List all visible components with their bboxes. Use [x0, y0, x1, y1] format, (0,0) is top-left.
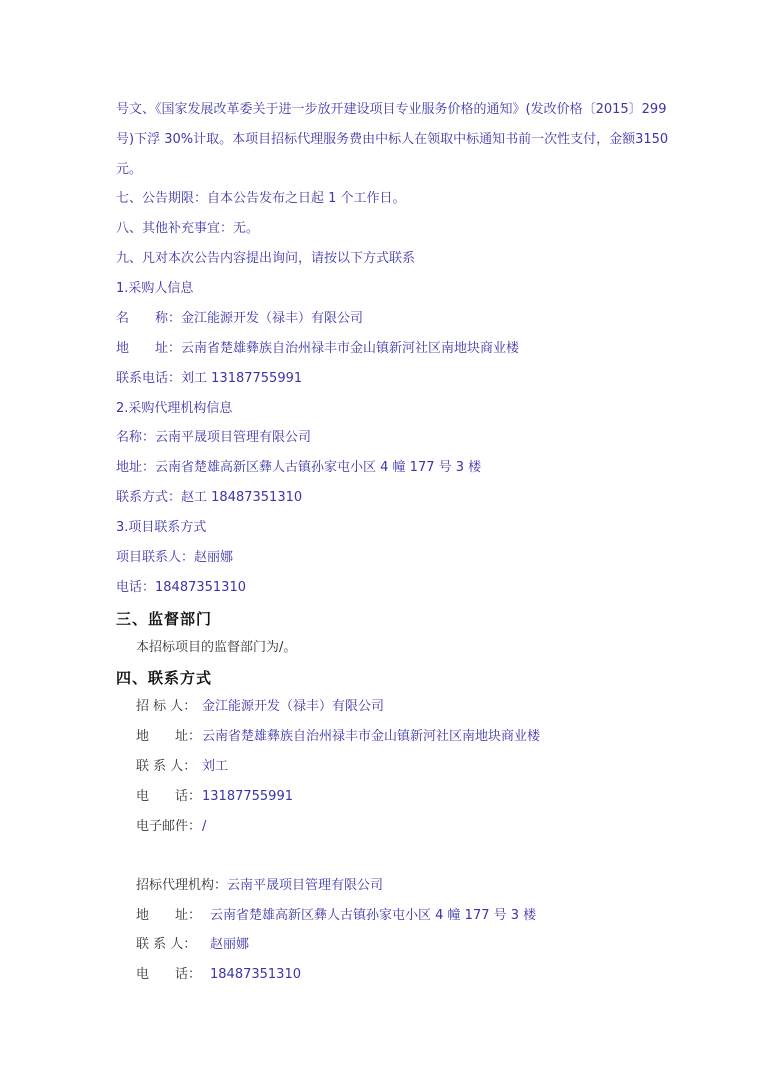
item-nine: 九、凡对本次公告内容提出询问，请按以下方式联系: [116, 251, 415, 267]
agency-contact-label: 联系方式：: [116, 490, 181, 505]
project-contact-person: 赵丽娜: [194, 550, 233, 565]
purchaser-phone: 刘工 13187755991: [181, 371, 302, 386]
tenderer-contact: 刘工: [202, 759, 228, 774]
item-eight: 八、其他补充事宜：无。: [116, 221, 259, 237]
tenderer-contact-label: 联 系 人：: [136, 759, 202, 775]
supervision-text: 本招标项目的监督部门为/。: [136, 640, 296, 656]
tenderer-email-label: 电子邮件：: [136, 819, 202, 835]
project-contact-phone: 18487351310: [155, 580, 246, 595]
item-seven: 七、公告期限：自本公告发布之日起 1 个工作日。: [116, 191, 406, 207]
tenderer-contact-row: 联 系 人：刘工: [136, 759, 228, 775]
purchaser-phone-label: 联系电话：: [116, 371, 181, 386]
tenderer-address-label: 地 址：: [136, 729, 202, 745]
purchaser-name-row: 名 称：金江能源开发（禄丰）有限公司: [116, 311, 363, 327]
tenderer-phone: 13187755991: [202, 789, 293, 804]
project-contact-phone-label: 电话：: [116, 580, 155, 595]
tenderer-address-row: 地 址：云南省楚雄彝族自治州禄丰市金山镇新河社区南地块商业楼: [136, 729, 540, 745]
tender-agency-contact-row: 联 系 人：赵丽娜: [136, 937, 249, 953]
section-four-heading: 四、联系方式: [116, 667, 212, 688]
project-contact-title: 3.项目联系方式: [116, 520, 206, 536]
intro-line-3: 元。: [116, 162, 142, 178]
tender-agency-address-row: 地 址：云南省楚雄高新区彝人古镇孙家屯小区 4 幢 177 号 3 楼: [136, 908, 536, 924]
tender-agency-name: 云南平晟项目管理有限公司: [227, 878, 383, 893]
tenderer-label: 招 标 人：: [136, 699, 202, 715]
purchaser-name: 金江能源开发（禄丰）有限公司: [181, 311, 363, 326]
tenderer-row: 招 标 人：金江能源开发（禄丰）有限公司: [136, 699, 384, 715]
intro-line-2: 号)下浮 30%计取。本项目招标代理服务费由中标人在领取中标通知书前一次性支付，…: [116, 132, 668, 148]
tender-agency-address: 云南省楚雄高新区彝人古镇孙家屯小区 4 幢 177 号 3 楼: [210, 908, 536, 923]
tender-agency-phone: 18487351310: [210, 967, 301, 982]
project-contact-person-label: 项目联系人：: [116, 550, 194, 565]
tenderer-address: 云南省楚雄彝族自治州禄丰市金山镇新河社区南地块商业楼: [202, 729, 540, 744]
agency-name-label: 名称：: [116, 430, 155, 445]
agency-address: 云南省楚雄高新区彝人古镇孙家屯小区 4 幢 177 号 3 楼: [155, 460, 481, 475]
tenderer-phone-label: 电 话：: [136, 789, 202, 805]
purchaser-phone-row: 联系电话：刘工 13187755991: [116, 371, 302, 387]
tenderer-name: 金江能源开发（禄丰）有限公司: [202, 699, 384, 714]
project-contact-person-row: 项目联系人：赵丽娜: [116, 550, 233, 566]
purchaser-address-row: 地 址：云南省楚雄彝族自治州禄丰市金山镇新河社区南地块商业楼: [116, 341, 519, 357]
agency-address-label: 地址：: [116, 460, 155, 475]
agency-address-row: 地址：云南省楚雄高新区彝人古镇孙家屯小区 4 幢 177 号 3 楼: [116, 460, 481, 476]
tender-agency-phone-label: 电 话：: [136, 967, 210, 983]
purchaser-address-label: 地 址：: [116, 341, 181, 356]
agency-contact-row: 联系方式：赵工 18487351310: [116, 490, 302, 506]
tender-agency-contact: 赵丽娜: [210, 937, 249, 952]
section-three-heading: 三、监督部门: [116, 608, 212, 629]
agency-name: 云南平晟项目管理有限公司: [155, 430, 311, 445]
tenderer-email: /: [202, 819, 206, 834]
purchaser-title: 1.采购人信息: [116, 281, 193, 297]
agency-name-row: 名称：云南平晟项目管理有限公司: [116, 430, 311, 446]
tender-agency-phone-row: 电 话：18487351310: [136, 967, 301, 983]
agency-contact: 赵工 18487351310: [181, 490, 302, 505]
purchaser-address: 云南省楚雄彝族自治州禄丰市金山镇新河社区南地块商业楼: [181, 341, 519, 356]
tender-agency-contact-label: 联 系 人：: [136, 937, 210, 953]
tender-agency-row: 招标代理机构：云南平晟项目管理有限公司: [136, 878, 383, 894]
tenderer-email-row: 电子邮件：/: [136, 819, 206, 835]
intro-line-1: 号文、《国家发展改革委关于进一步放开建设项目专业服务价格的通知》(发改价格〔20…: [116, 102, 666, 118]
project-contact-phone-row: 电话：18487351310: [116, 580, 246, 596]
tender-agency-address-label: 地 址：: [136, 908, 210, 924]
tenderer-phone-row: 电 话：13187755991: [136, 789, 293, 805]
tender-agency-label: 招标代理机构：: [136, 878, 227, 894]
purchaser-name-label: 名 称：: [116, 311, 181, 326]
agency-title: 2.采购代理机构信息: [116, 401, 232, 417]
